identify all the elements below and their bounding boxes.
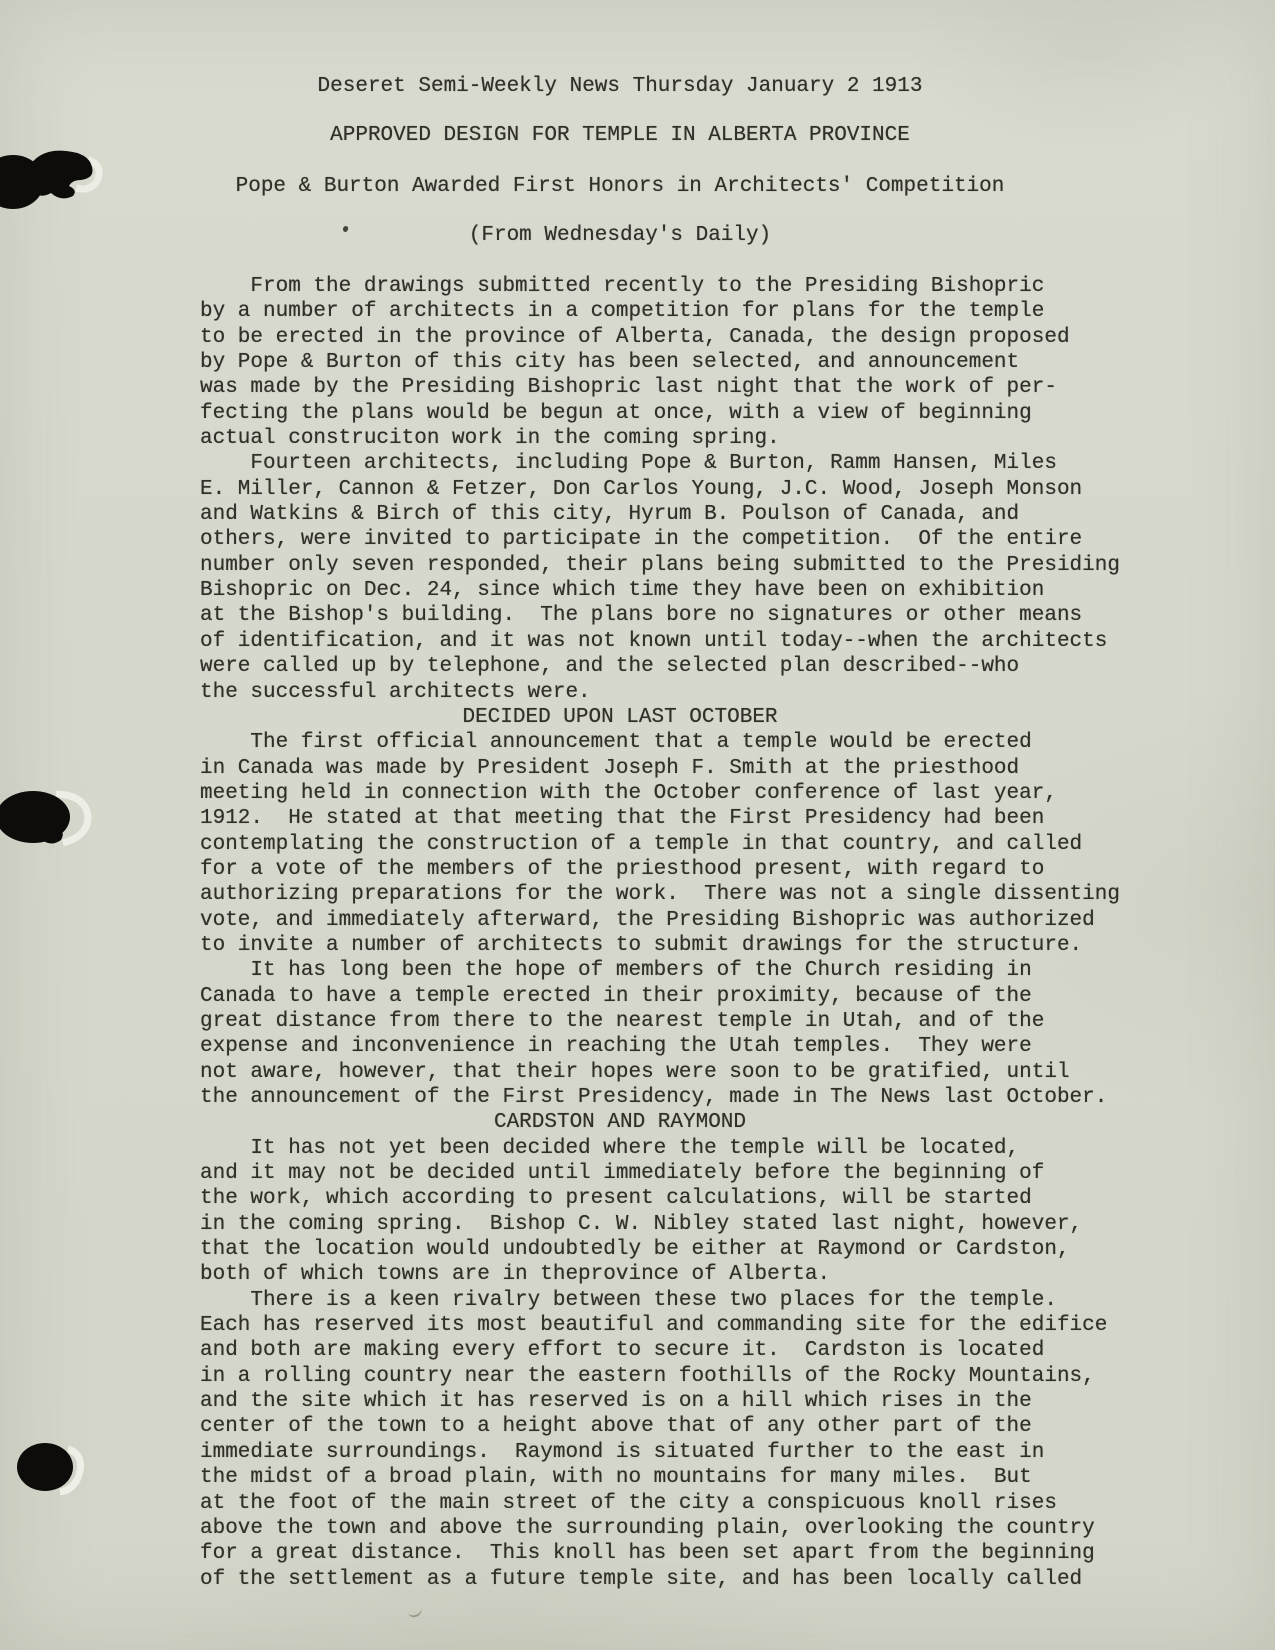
body-line: by a number of architects in a competiti… [200, 299, 1120, 324]
body-line: the work, which according to present cal… [200, 1186, 1120, 1211]
body-line: Fourteen architects, including Pope & Bu… [200, 451, 1120, 476]
body-line: Bishopric on Dec. 24, since which time t… [200, 578, 1120, 603]
body-line: above the town and above the surrounding… [200, 1516, 1120, 1541]
body-line: that the location would undoubtedly be e… [200, 1237, 1120, 1262]
body-line: The first official announcement that a t… [200, 730, 1120, 755]
section-heading: CARDSTON AND RAYMOND [200, 1110, 1040, 1135]
body-line: in Canada was made by President Joseph F… [200, 756, 1120, 781]
body-line: From the drawings submitted recently to … [200, 274, 1120, 299]
body-line: great distance from there to the nearest… [200, 1009, 1120, 1034]
pencil-squiggle-mark [407, 1604, 423, 1618]
body-line: There is a keen rivalry between these tw… [200, 1288, 1120, 1313]
subheadline: Pope & Burton Awarded First Honors in Ar… [0, 174, 1240, 199]
body-line: and both are making every effort to secu… [200, 1338, 1120, 1363]
body-line: by Pope & Burton of this city has been s… [200, 350, 1120, 375]
body-line: to invite a number of architects to subm… [200, 933, 1120, 958]
body-line: both of which towns are in theprovince o… [200, 1262, 1120, 1287]
body-line: contemplating the construction of a temp… [200, 832, 1120, 857]
body-line: expense and inconvenience in reaching th… [200, 1034, 1120, 1059]
body-line: for a vote of the members of the priesth… [200, 857, 1120, 882]
body-line: fecting the plans would be begun at once… [200, 401, 1120, 426]
article-body: From the drawings submitted recently to … [200, 274, 1120, 1592]
body-line: was made by the Presiding Bishopric last… [200, 375, 1120, 400]
body-line: at the Bishop's building. The plans bore… [200, 603, 1120, 628]
body-line: Each has reserved its most beautiful and… [200, 1313, 1120, 1338]
body-line: E. Miller, Cannon & Fetzer, Don Carlos Y… [200, 477, 1120, 502]
body-line: authorizing preparations for the work. T… [200, 882, 1120, 907]
body-line: for a great distance. This knoll has bee… [200, 1541, 1120, 1566]
punch-hole-middle-icon [0, 786, 102, 852]
body-line: in a rolling country near the eastern fo… [200, 1364, 1120, 1389]
body-line: of identification, and it was not known … [200, 629, 1120, 654]
body-line: the successful architects were. [200, 680, 1120, 705]
body-line: and Watkins & Birch of this city, Hyrum … [200, 502, 1120, 527]
body-line: meeting held in connection with the Octo… [200, 781, 1120, 806]
scanned-typewritten-page: Deseret Semi-Weekly News Thursday Januar… [0, 0, 1275, 1650]
body-line: others, were invited to participate in t… [200, 527, 1120, 552]
body-line: number only seven responded, their plans… [200, 553, 1120, 578]
body-line: It has long been the hope of members of … [200, 958, 1120, 983]
body-line: the midst of a broad plain, with no moun… [200, 1465, 1120, 1490]
body-line: center of the town to a height above tha… [200, 1414, 1120, 1439]
dateline: (From Wednesday's Daily) [0, 223, 1240, 248]
body-line: not aware, however, that their hopes wer… [200, 1060, 1120, 1085]
masthead: Deseret Semi-Weekly News Thursday Januar… [0, 74, 1240, 99]
body-line: and the site which it has reserved is on… [200, 1389, 1120, 1414]
headline: APPROVED DESIGN FOR TEMPLE IN ALBERTA PR… [0, 123, 1240, 148]
section-heading: DECIDED UPON LAST OCTOBER [200, 705, 1040, 730]
body-line: immediate surroundings. Raymond is situa… [200, 1440, 1120, 1465]
body-line: in the coming spring. Bishop C. W. Nible… [200, 1212, 1120, 1237]
punch-hole-bottom-icon [10, 1440, 102, 1500]
body-line: were called up by telephone, and the sel… [200, 654, 1120, 679]
body-line: Canada to have a temple erected in their… [200, 984, 1120, 1009]
body-line: at the foot of the main street of the ci… [200, 1491, 1120, 1516]
body-line: vote, and immediately afterward, the Pre… [200, 908, 1120, 933]
body-line: 1912. He stated at that meeting that the… [200, 806, 1120, 831]
body-line: of the settlement as a future temple sit… [200, 1567, 1120, 1592]
body-line: It has not yet been decided where the te… [200, 1136, 1120, 1161]
body-line: actual construciton work in the coming s… [200, 426, 1120, 451]
body-line: the announcement of the First Presidency… [200, 1085, 1120, 1110]
body-line: to be erected in the province of Alberta… [200, 325, 1120, 350]
body-line: and it may not be decided until immediat… [200, 1161, 1120, 1186]
